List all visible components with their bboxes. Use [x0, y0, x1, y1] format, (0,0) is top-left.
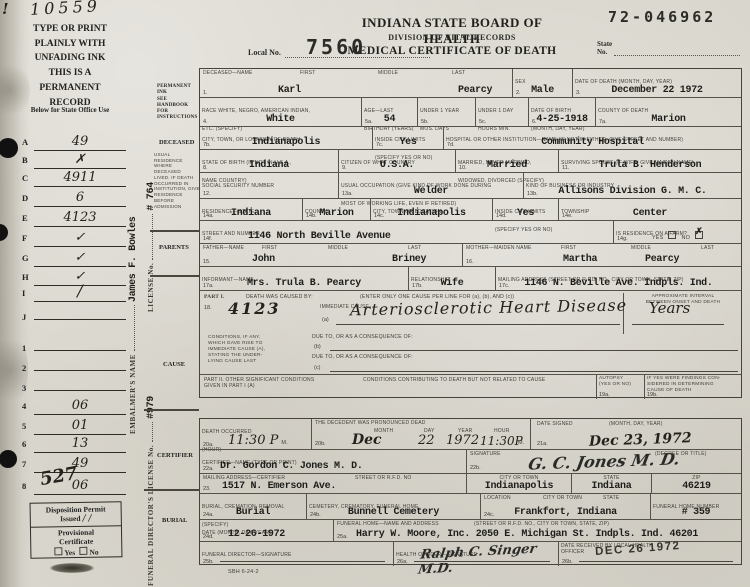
race-field: RACE WHITE, NEGRO, AMERICAN INDIAN, ETC.…: [200, 98, 361, 126]
cause-of-death-section: PART I. DEATH WAS CAUSED BY: (ENTER ONLY…: [200, 290, 741, 399]
permit-yesno: Yes No: [31, 546, 121, 558]
street-value: 1146 North Beville Avenue: [248, 231, 391, 242]
row-signatures: FUNERAL DIRECTOR—SIGNATURE 25b. HEALTH O…: [200, 541, 741, 566]
sex-field: SEX 2.Male: [512, 69, 572, 97]
health-officer-signature-field: HEALTH OFFICER—SIGNATURE Ralph C. Singer…: [393, 542, 558, 566]
death-hour-value: 11:30 P: [228, 433, 278, 448]
deceased-name-field: DECEASED—NAME FIRST MIDDLE LAST 1. Karl …: [200, 69, 512, 97]
row-informant: INFORMANT—NAME 17a.Mrs. Trula B. Pearcy …: [200, 266, 741, 290]
autopsy-field: AUTOPSY (YES OR NO) 19a.: [596, 375, 644, 399]
office-line-a: A49: [22, 132, 134, 151]
side-label-usual-residence: USUAL RESIDENCE WHERE DECEASED LIVED. IF…: [154, 152, 200, 209]
date-of-birth-field: DATE OF BIRTH (MONTH, DAY, YEAR) 6.4-25-…: [528, 98, 595, 126]
citizen-field: CITIZEN OF WHAT COUNTRY 9.U.S.A.: [338, 150, 455, 172]
township-field: TOWNSHIP 14e.Center: [558, 199, 741, 220]
state-no-label2: No.: [597, 48, 607, 56]
dotted-leader: [134, 305, 135, 351]
informant-mailing-value: 1146 N. Beville Ave. Indpls. Ind.: [524, 278, 712, 289]
local-no-stamp: 7560: [306, 35, 366, 59]
hospital-field: HOSPITAL OR OTHER INSTITUTION—NAME (IF N…: [443, 127, 741, 149]
row-race-age-dob: RACE WHITE, NEGRO, AMERICAN INDIAN, ETC.…: [200, 97, 741, 126]
form-code: SBH 6-24-2: [228, 569, 259, 576]
dotted-leader: [152, 214, 153, 260]
row-name-sex-dod: DECEASED—NAME FIRST MIDDLE LAST 1. Karl …: [200, 69, 741, 97]
section-divider: [150, 230, 199, 232]
type-or-print-notice: TYPE OR PRINT PLAINLY WITH UNFADING INK …: [12, 22, 128, 110]
occupation-value: Welder: [414, 186, 448, 197]
embalmer-label: EMBALMER'S NAME: [129, 354, 137, 434]
permit-lower: Provisional Certificate Yes No: [31, 525, 122, 558]
permit-yes-checkbox: [54, 547, 62, 555]
office-line-f: F✓: [22, 228, 134, 247]
inside-city-limits-field: INSIDE CITY LIMITS (SPECIFY YES OR NO) 7…: [372, 127, 443, 149]
office-line-b: B✗: [22, 150, 134, 169]
row-residence: RESIDENCE—STATE 14a.Indiana COUNTY 14b.M…: [200, 198, 741, 220]
burial-type-field: BURIAL, CREMATION, REMOVAL (SPECIFY) 24a…: [200, 494, 306, 519]
relationship-field: RELATIONSHIP 17b.Wife: [408, 267, 495, 290]
state-serial-stamp: 72-046962: [608, 8, 716, 26]
funeral-director-license-line: FUNERAL DIRECTOR'S LICENSE No.#979: [140, 396, 158, 586]
funeral-home-number-value: # 359: [682, 507, 711, 518]
farm-field: IS RESIDENCE ON A FARM? 14g. YES NO✗: [613, 221, 741, 243]
state-no-label: State: [597, 40, 612, 48]
cemetery-field: CEMETERY, CREMATORY, FUNERAL HOME 24b.Bu…: [306, 494, 480, 519]
spouse-value: Trula B. Henderson: [599, 160, 702, 171]
signature-line: [579, 561, 733, 562]
interval-value: Years: [649, 299, 690, 317]
permit-line4: Certificate: [31, 536, 121, 547]
side-label-certifier: CERTIFIER: [157, 452, 193, 459]
office-line-2: 2: [22, 358, 134, 376]
marital-status-field: MARRIED, NEVER MARRIED, WIDOWED, DIVORCE…: [455, 150, 558, 172]
row-place-of-death: CITY, TOWN, OR LOCATION OF DEATH 7b.Indi…: [200, 126, 741, 149]
state-of-birth-field: STATE OF BIRTH (IF NOT IN U.S.A., NAME C…: [200, 150, 338, 172]
part2-strip: PART II. OTHER SIGNIFICANT CONDITIONS GI…: [200, 374, 741, 399]
pronounced-hour-value: 11:30P: [480, 434, 523, 448]
disposition-permit-stamp: Disposition Permit Issued / / Provisiona…: [30, 501, 123, 559]
certifier-address-field: MAILING ADDRESS—CERTIFIER STREET OR R.F.…: [200, 474, 466, 493]
informant-mailing-field: MAILING ADDRESS (STREET OR R.F.D. NO., C…: [495, 267, 741, 290]
farm-no-checkbox: ✗: [695, 231, 703, 239]
fd-license-label: FUNERAL DIRECTOR'S LICENSE No.: [147, 445, 155, 586]
certificate-table-lower: DEATH OCCURRED (HOUR) 20a.11:30 PM. THE …: [199, 418, 742, 565]
surviving-spouse-field: SURVIVING SPOUSE (IF WIFE, GIVE MAIDEN N…: [558, 150, 741, 172]
office-line-j: J: [22, 307, 134, 325]
state-office-use-title: Below for State Office Use: [12, 106, 128, 114]
findings-field: IF YES WERE FINDINGS CON- SIDERED IN DET…: [644, 375, 741, 399]
row-birth-citizen-marital: STATE OF BIRTH (IF NOT IN U.S.A., NAME C…: [200, 149, 741, 172]
certifier-name-value: Dr. Gordon C. Jones M. D.: [220, 461, 363, 472]
section-divider: [144, 489, 199, 491]
dotted-leader: [152, 422, 153, 442]
cause-line-a: [336, 324, 620, 325]
residence-inside-city-field: INSIDE CITY LIMITS (SPECIFY YES OR NO) 1…: [492, 199, 558, 220]
pronounced-day-value: 22: [418, 433, 435, 448]
cause-line-c: [330, 371, 738, 372]
residence-county-field: COUNTY 14b.Marion: [302, 199, 370, 220]
embalmer-value: James F. Bowles: [128, 217, 139, 303]
permanent-ink-note: PERMANENT INK SEE HANDBOOK FOR INSTRUCTI…: [157, 84, 199, 122]
father-name-field: FATHER—NAME FIRST MIDDLE LAST 15. John B…: [200, 244, 462, 266]
row-certifier: CERTIFIER—NAME (TYPE OR PRINT) 22a.Dr. G…: [200, 449, 741, 473]
cause-line-b: [330, 350, 738, 351]
office-line-g: G✓: [22, 248, 134, 267]
under-1-day-field: UNDER 1 DAY HOURS MIN. 5c.: [475, 98, 528, 126]
industry-value: Allisons Division G. M. C.: [558, 186, 706, 197]
farm-no-mark: ✗: [695, 227, 703, 237]
part2-label: PART II. OTHER SIGNIFICANT CONDITIONS GI…: [204, 377, 354, 390]
license-label: LICENSE No.: [147, 263, 155, 312]
side-label-burial: BURIAL: [162, 517, 187, 524]
mother-first-value: Martha: [563, 254, 597, 265]
mother-last-value: Pearcy: [645, 254, 679, 265]
burial-location-value: Frankfort, Indiana: [514, 507, 617, 518]
row-certifier-address: MAILING ADDRESS—CERTIFIER STREET OR R.F.…: [200, 473, 741, 493]
age-value: 54: [384, 114, 395, 125]
city-of-death-value: Indianapolis: [252, 137, 320, 148]
pen-mark: !: [2, 0, 9, 18]
immediate-cause-value: Arteriosclerotic Heart Disease: [350, 296, 627, 320]
hospital-value: Community Hospital: [541, 137, 644, 148]
pronounced-year-value: 1972: [446, 433, 479, 448]
office-line-i: I/: [22, 283, 134, 302]
date-of-birth-value: 4-25-1918: [536, 114, 587, 125]
death-occurred-field: DEATH OCCURRED (HOUR) 20a.11:30 PM.: [200, 419, 311, 449]
pronounced-dead-field: THE DECEDENT WAS PRONOUNCED DEAD MONTH D…: [311, 419, 530, 449]
residence-state-field: RESIDENCE—STATE 14a.Indiana: [200, 199, 302, 220]
office-line-e: E4123: [22, 208, 134, 227]
state-no-line: [614, 55, 740, 56]
scanned-death-certificate: { "scan": { "top_number": "10559", "corn…: [0, 0, 750, 587]
date-of-death-field: DATE OF DEATH (MONTH, DAY, YEAR) 3.Decem…: [572, 69, 741, 97]
certifier-state-field: STATE Indiana: [571, 474, 651, 493]
funeral-home-number-field: FUNERAL HOME NUMBER # 359: [650, 494, 741, 519]
certifier-signature-value: G. C. Jones M. D.: [527, 449, 682, 473]
row-street-farm: STREET AND NUMBER 14f.1146 North Beville…: [200, 220, 741, 243]
sex-value: Male: [531, 85, 554, 96]
informant-value: Mrs. Trula B. Pearcy: [247, 278, 361, 289]
certifier-state-value: Indiana: [592, 481, 632, 492]
race-value: White: [266, 114, 295, 125]
seal-ornament: [50, 563, 94, 573]
health-officer-signature-value: Ralph C. Singer M.D.: [417, 540, 561, 577]
certifier-city-field: CITY OR TOWN Indianapolis: [466, 474, 571, 493]
certificate-table-upper: DECEASED—NAME FIRST MIDDLE LAST 1. Karl …: [199, 68, 742, 398]
office-line-4: 406: [22, 396, 134, 415]
conditions-note: CONDITIONS, IF ANY, WHICH GAVE RISE TO I…: [208, 335, 308, 365]
pronounced-month-value: Dec: [352, 432, 382, 448]
permit-slashes: / /: [83, 514, 92, 524]
side-label-deceased: DECEASED: [159, 139, 194, 146]
office-line-d: D6: [22, 188, 134, 207]
row-ssn-occupation: SOCIAL SECURITY NUMBER 12. USUAL OCCUPAT…: [200, 172, 741, 198]
burial-date-value: 12-26-1972: [228, 529, 285, 540]
age-field: AGE—LAST BIRTHDAY (YEARS) 5a.54: [361, 98, 417, 126]
street-field: STREET AND NUMBER 14f.1146 North Beville…: [200, 221, 613, 243]
certifier-zip-field: ZIP 46219: [651, 474, 741, 493]
father-first-value: John: [252, 254, 275, 265]
permit-no-checkbox: [79, 547, 87, 555]
last-name-value: Pearcy: [458, 85, 492, 96]
certifier-city-value: Indianapolis: [485, 481, 553, 492]
permit-line2: Issued / /: [31, 513, 121, 525]
residence-city-field: CITY, TOWN OR LOCATION 14c.Indianapolis: [370, 199, 492, 220]
burial-date-field: DATE (MONTH, DAY, YEAR) 24d.12-26-1972: [200, 520, 333, 541]
row-pronounced: DEATH OCCURRED (HOUR) 20a.11:30 PM. THE …: [200, 419, 741, 449]
date-signed-field: DATE SIGNED (MONTH, DAY, YEAR) 21a. Dec …: [530, 419, 741, 449]
side-label-cause: CAUSE: [163, 361, 185, 368]
under-1-year-field: UNDER 1 YEAR MOS. DAYS 5b.: [417, 98, 475, 126]
signature-field: SIGNATURE (DEGREE OR TITLE) 22b. G. C. J…: [466, 450, 741, 473]
office-line-5: 501: [22, 416, 134, 435]
side-label-parents: PARENTS: [159, 244, 189, 251]
funeral-home-field: FUNERAL HOME—NAME AND ADDRESS (STREET OR…: [333, 520, 741, 541]
office-line-c: C4911: [22, 168, 134, 187]
certifier-street-value: 1517 N. Emerson Ave.: [222, 481, 336, 492]
cause-code-handwritten: 4123: [228, 299, 281, 318]
city-of-death-field: CITY, TOWN, OR LOCATION OF DEATH 7b.Indi…: [200, 127, 372, 149]
deceased-name-label: DECEASED—NAME: [203, 70, 253, 76]
line-value: 49: [72, 134, 89, 149]
county-of-death-value: Marion: [651, 114, 685, 125]
certifier-zip-value: 46219: [682, 481, 711, 492]
funeral-home-value: Harry W. Moore, Inc. 2050 E. Michigan St…: [356, 529, 698, 540]
burial-location-field: LOCATION CITY OR TOWN STATE 24c.Frankfor…: [480, 494, 650, 519]
signature-line: [414, 561, 550, 562]
date-of-death-value: December 22 1972: [611, 85, 702, 96]
part2-note: CONDITIONS CONTRIBUTING TO DEATH BUT NOT…: [363, 377, 583, 383]
local-no-label: Local No.: [248, 48, 281, 57]
signature-line: [220, 561, 385, 562]
office-line-6: 613: [22, 434, 134, 453]
division-title: DIVISION OF VITAL RECORDS: [332, 33, 572, 42]
handwritten-file-number: 10559: [30, 0, 102, 19]
line-label: A: [22, 137, 34, 147]
father-last-value: Briney: [392, 254, 426, 265]
fd-license-value: #979: [146, 396, 157, 419]
office-line-1: 1: [22, 338, 134, 356]
section-divider: [144, 409, 199, 411]
ssn-field: SOCIAL SECURITY NUMBER 12.: [200, 173, 338, 198]
office-line-3: 3: [22, 378, 134, 396]
burial-type-value: Burial: [236, 507, 270, 518]
informant-field: INFORMANT—NAME 17a.Mrs. Trula B. Pearcy: [200, 267, 408, 290]
embalmer-name-line: EMBALMER'S NAMEJames F. Bowles: [122, 217, 140, 435]
county-of-death-field: COUNTY OF DEATH 7a.Marion: [595, 98, 741, 126]
row-funeral-home: DATE (MONTH, DAY, YEAR) 24d.12-26-1972 F…: [200, 519, 741, 541]
date-received-field: DATE RECEIVED BY LOCAL HEALTH OFFICER DE…: [558, 542, 741, 566]
occupation-field: USUAL OCCUPATION (GIVE KIND OF WORK DONE…: [338, 173, 523, 198]
farm-yes-checkbox: [668, 231, 676, 239]
mother-name-field: MOTHER—MAIDEN NAME FIRST MIDDLE LAST 16.…: [462, 244, 741, 266]
interval-line: [632, 324, 724, 325]
row-burial: BURIAL, CREMATION, REMOVAL (SPECIFY) 24a…: [200, 493, 741, 519]
industry-field: KIND OF BUSINESS OR INDUSTRY 13b.Allison…: [523, 173, 741, 198]
certificate-title: MEDICAL CERTIFICATE OF DEATH: [332, 45, 572, 57]
row-parents: FATHER—NAME FIRST MIDDLE LAST 15. John B…: [200, 243, 741, 266]
board-title: INDIANA STATE BOARD OF HEALTH: [332, 15, 572, 47]
cemetery-value: Bunnell Cemetery: [348, 507, 439, 518]
certifier-name-field: CERTIFIER—NAME (TYPE OR PRINT) 22a.Dr. G…: [200, 450, 466, 473]
funeral-director-signature-field: FUNERAL DIRECTOR—SIGNATURE 25b.: [200, 542, 393, 566]
first-name-value: Karl: [278, 85, 301, 96]
date-signed-value: Dec 23, 1972: [589, 430, 692, 450]
section-divider: [150, 275, 199, 277]
